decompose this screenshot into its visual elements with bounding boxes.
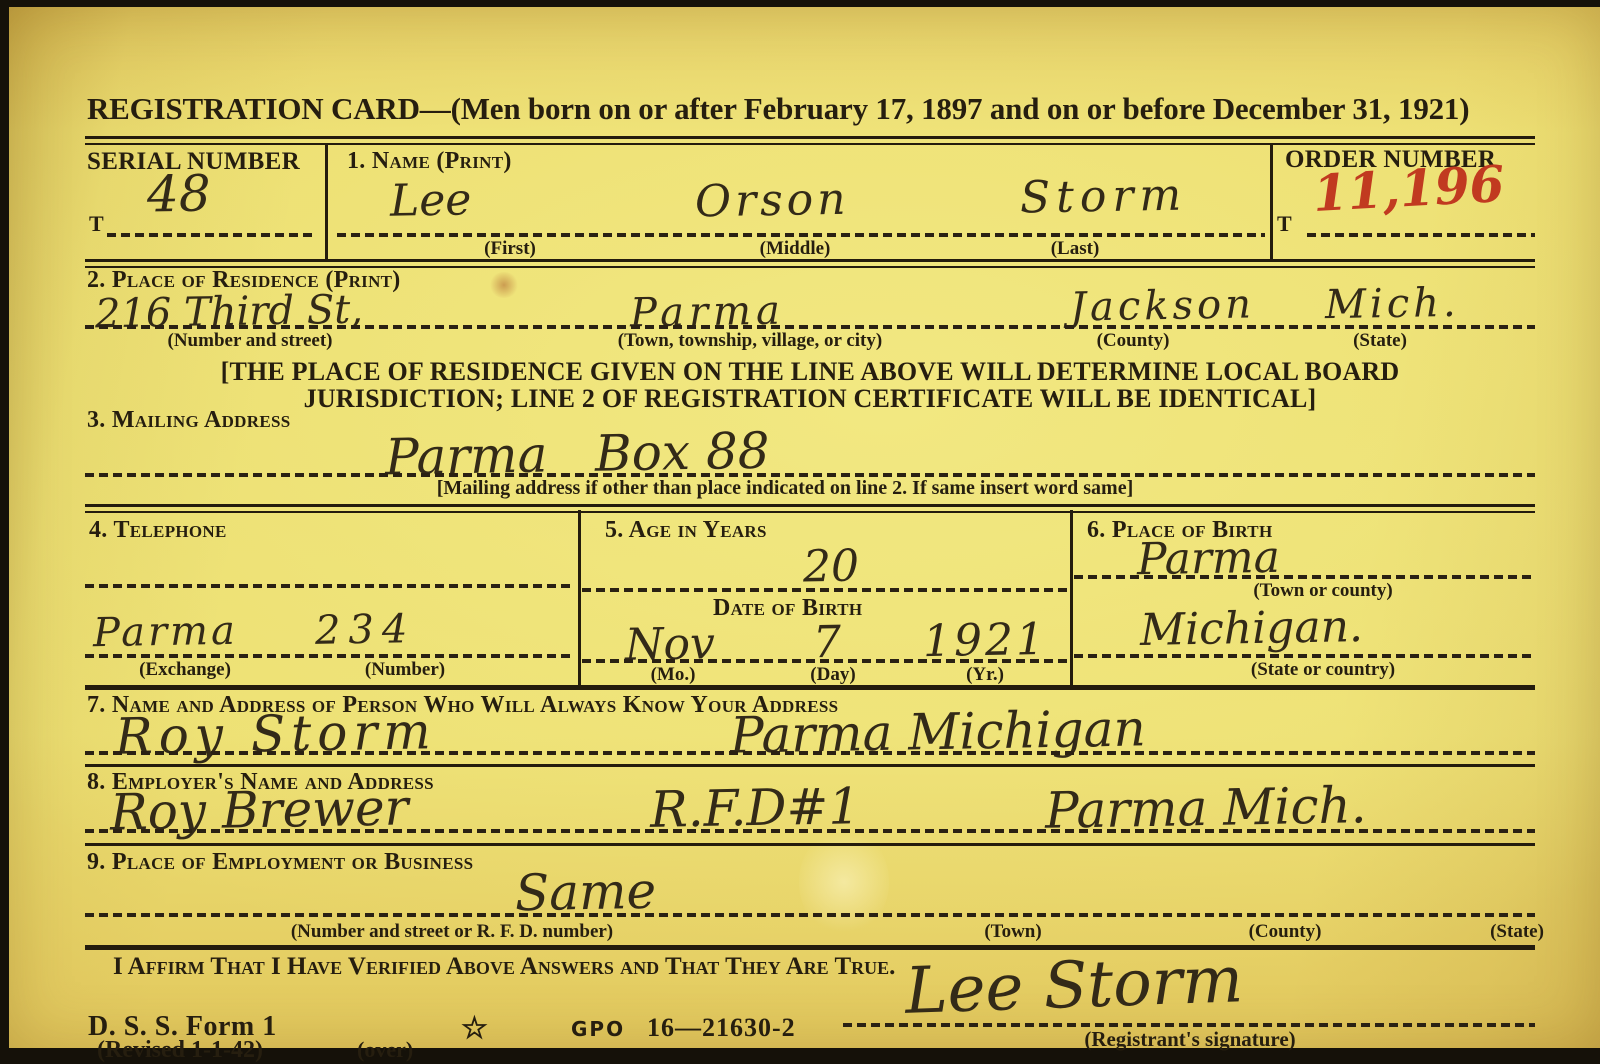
residence-county-value: Jackson — [1070, 281, 1256, 330]
star-icon: ☆ — [461, 1011, 488, 1046]
caption-day: (Day) — [810, 664, 855, 686]
residence-state-value: Mich. — [1325, 280, 1460, 328]
age-label: 5. Age in Years — [605, 517, 767, 544]
registration-card: REGISTRATION CARD—(Men born on or after … — [9, 7, 1600, 1048]
name-first-value: Lee — [390, 174, 472, 226]
caption-state: (State) — [1353, 330, 1407, 352]
age-dotted-line — [582, 588, 1068, 592]
mailing-caption: [Mailing address if other than place ind… — [437, 477, 1133, 500]
caption-number-street: (Number and street) — [168, 330, 333, 352]
caption-first: (First) — [484, 238, 536, 260]
row456-divider — [85, 685, 1535, 690]
board-notice-line1: [THE PLACE OF RESIDENCE GIVEN ON THE LIN… — [85, 357, 1535, 387]
employment-label: 9. Place of Employment or Business — [87, 849, 473, 876]
caption-yr: (Yr.) — [966, 664, 1004, 686]
footer-gpo: GPO — [571, 1017, 625, 1041]
caption-town-or-county: (Town or county) — [1253, 580, 1392, 602]
caption-town-9: (Town) — [984, 921, 1041, 943]
affirmation-text: I Affirm That I Have Verified Above Answ… — [113, 953, 895, 981]
telephone-dotted-line-2 — [85, 654, 575, 658]
caption-mo: (Mo.) — [651, 664, 696, 686]
title-divider — [85, 136, 1535, 145]
contact-divider — [85, 764, 1535, 767]
caption-middle: (Middle) — [760, 238, 831, 260]
name-last-value: Storm — [1020, 170, 1188, 224]
name-order-divider — [1270, 143, 1273, 259]
telephone-number-value: 234 — [315, 606, 416, 654]
affirmation-divider — [85, 945, 1535, 950]
footer-gpo-number: 16—21630-2 — [647, 1013, 796, 1043]
telephone-exchange-value: Parma — [93, 608, 239, 657]
employer-dotted-line — [85, 829, 1535, 833]
telephone-age-divider — [578, 510, 581, 686]
caption-county-9: (County) — [1249, 921, 1322, 943]
caption-state-9: (State) — [1490, 921, 1544, 943]
birthplace-dotted-line-1 — [1074, 575, 1535, 579]
contact-dotted-line — [85, 751, 1535, 755]
dob-dotted-line — [582, 659, 1068, 663]
card-title: REGISTRATION CARD—(Men born on or after … — [87, 91, 1469, 127]
footer-over: (over) — [357, 1037, 413, 1060]
employment-dotted-line — [85, 913, 1535, 917]
name-dotted-line — [337, 233, 1265, 237]
serial-dotted-line — [107, 233, 317, 237]
caption-town: (Town, township, village, or city) — [618, 330, 882, 352]
contact-name-value: Roy Storm — [115, 702, 438, 766]
card-content: REGISTRATION CARD—(Men born on or after … — [85, 7, 1535, 1055]
age-value: 20 — [803, 541, 860, 593]
residence-dotted-line — [85, 325, 1535, 329]
order-dotted-line — [1307, 233, 1535, 237]
age-birth-divider — [1070, 510, 1073, 686]
signature-value: Lee Storm — [904, 943, 1244, 1029]
birthplace-dotted-line-2 — [1074, 654, 1535, 658]
order-prefix: T — [1277, 211, 1292, 237]
caption-street-rfd: (Number and street or R. F. D. number) — [291, 921, 613, 943]
serial-prefix: T — [89, 211, 104, 237]
name-label: 1. Name (Print) — [347, 148, 512, 175]
telephone-label: 4. Telephone — [89, 517, 227, 544]
serial-value: 48 — [146, 164, 211, 223]
name-middle-value: Orson — [695, 174, 850, 228]
caption-county: (County) — [1097, 330, 1170, 352]
caption-state-or-country: (State or country) — [1251, 659, 1395, 681]
mailing-label: 3. Mailing Address — [87, 407, 291, 434]
board-notice-line2: JURISDICTION; LINE 2 OF REGISTRATION CER… — [85, 384, 1535, 414]
footer-revised: (Revised 1-1-42) — [97, 1037, 263, 1060]
signature-caption: (Registrant's signature) — [1084, 1027, 1295, 1052]
serial-name-divider — [325, 143, 328, 259]
order-value: 11,196 — [1312, 154, 1506, 223]
mailing-divider — [85, 504, 1535, 513]
caption-last: (Last) — [1051, 238, 1100, 260]
birthplace-state-value: Michigan. — [1140, 601, 1364, 656]
employer-divider — [85, 843, 1535, 846]
telephone-dotted-line-1 — [85, 584, 575, 588]
caption-number: (Number) — [365, 659, 445, 681]
caption-exchange: (Exchange) — [139, 659, 231, 681]
